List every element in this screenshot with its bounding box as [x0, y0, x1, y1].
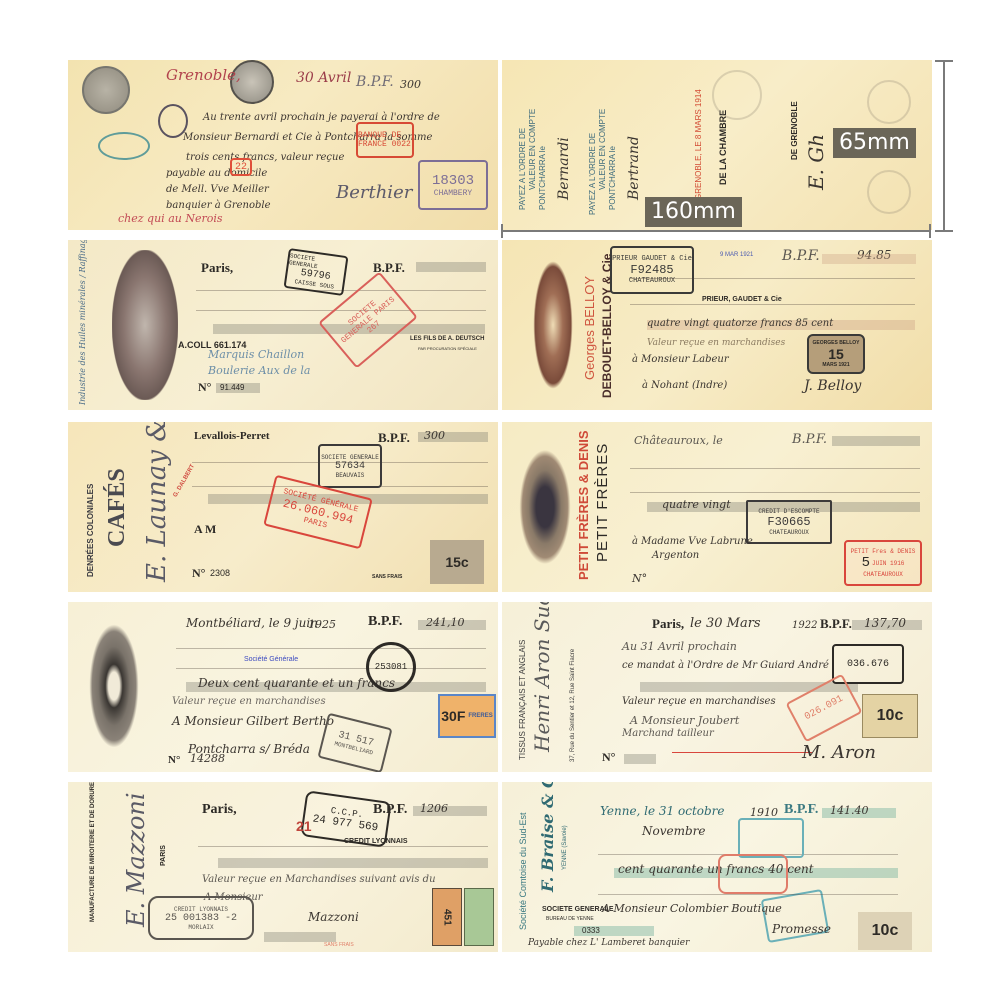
fiscal-stamp: 10c [858, 912, 912, 950]
handwriting-line: à Nohant (Indre) [642, 380, 727, 391]
address-text: YENNE (Savoie) [562, 825, 568, 870]
place-text: Grenoble, [166, 66, 241, 84]
order-text: CREDIT LYONNAIS [344, 838, 408, 845]
place-text: Paris, [652, 616, 684, 632]
stamp-text: FRERES [468, 713, 492, 719]
card-deutsch: Industrie des Huiles minérales / Raffina… [68, 240, 498, 410]
red-endorsement: GRENOBLE, LE 8 MARS 1914 [694, 89, 703, 200]
number-text: 91.449 [220, 383, 244, 392]
drawee-label: A M [194, 522, 216, 537]
handwriting-line: Argenton [652, 550, 699, 561]
height-dimension-line [943, 60, 945, 232]
seal-stamp-icon [82, 66, 130, 114]
bank-stamp: SOCIETE GENERALE 57634 BEAUVAIS [318, 444, 382, 488]
handwriting-line: Boulerie Aux de la [208, 364, 310, 377]
bpf-label: B.P.F. [792, 432, 827, 447]
stamp-number: 036.676 [847, 659, 889, 670]
endorsement-text: VALEUR EN COMPTE [598, 109, 607, 190]
side-text: DENRÉES COLONIALES [86, 484, 95, 577]
fiscal-stamp: 15c [430, 540, 484, 584]
bank-stamp-sub: BUREAU DE YENNE [546, 916, 594, 922]
handwriting-line: Deux cent quarante et un francs [198, 676, 395, 690]
stamp-city: CHAMBERY [434, 189, 472, 198]
stamp-text: CHATEAUROUX [863, 571, 903, 578]
handwriting-line: ce mandat à l'Ordre de Mr Guiard André [622, 660, 829, 671]
date-stamp: 9 MAR 1921 [720, 252, 753, 258]
red-date-stamp: PETIT Fres & DENIS 5JUIN 1916 CHATEAUROU… [844, 540, 922, 586]
stamp-text: JUIN 1916 [872, 560, 904, 567]
amount-text: 300 [400, 78, 421, 91]
fiscal-stamp: 10c [862, 694, 918, 738]
round-postmark: 253081 [366, 642, 416, 692]
sans-frais-label: SANS FRAIS [372, 574, 402, 580]
ornament-icon [112, 250, 178, 400]
handwriting-line: Valeur reçue en marchandises [172, 696, 326, 707]
handwriting-line: à Madame Vve Labrune [632, 536, 753, 547]
chambery-stamp: 18303 CHAMBERY [418, 160, 488, 210]
year-text: 1925 [308, 618, 336, 631]
bpf-label: B.P.F. [784, 802, 818, 818]
stamp-value: 10c [877, 707, 904, 725]
width-dimension-tick [501, 224, 503, 238]
place-text: Yenne, le 31 octobre [600, 804, 725, 818]
number-field [264, 932, 336, 942]
height-dimension-tick [935, 230, 953, 232]
endorsement-text: PONTCHARRA le [608, 146, 617, 210]
rule [630, 492, 920, 493]
stamp-number: 25 001383 -2 [165, 913, 237, 924]
place-text: Montbéliard, le 9 juin [186, 616, 318, 630]
place-text: Paris, [202, 802, 237, 818]
height-dimension-label: 65mm [833, 128, 916, 158]
brand-name-red: Georges BELLOY [582, 276, 597, 380]
handwriting-line: Valeur reçue en Marchandises suivant avi… [202, 874, 436, 885]
brand-title: CAFÉS [104, 468, 131, 547]
fiscal-stamp-green [464, 888, 494, 946]
number-text: 14288 [190, 752, 225, 765]
signature: Bertrand [626, 136, 642, 200]
rule [598, 894, 898, 895]
brand-name-red: PETIT FRÈRES & DENIS [576, 430, 591, 580]
handwriting-line: quatre vingt quatorze francs 85 cent [647, 318, 833, 329]
stamp-text: SOCIETE GENERALE [321, 454, 379, 461]
company-name: LES FILS DE A. DEUTSCH [410, 336, 484, 342]
brand-script: Henri Aron Succr [530, 602, 554, 752]
faded-seal-icon [867, 170, 911, 214]
stamp-red-number: 21 [296, 818, 312, 834]
stamp-number: 18303 [432, 173, 474, 189]
signature: E. Gh [804, 134, 828, 190]
rule [176, 648, 486, 649]
bpf-label: B.P.F. [782, 248, 820, 264]
amount-text: 141.40 [830, 804, 869, 817]
stamp-date-row: 5JUIN 1916 [862, 555, 905, 571]
place-text: Paris, [201, 260, 233, 276]
faded-seal-icon [712, 70, 762, 120]
width-dimension-label: 160mm [645, 197, 742, 227]
card-aron: TISSUS FRANÇAIS ET ANGLAIS Henri Aron Su… [502, 602, 932, 772]
ornament-icon [516, 442, 574, 572]
stamp-number: F92485 [630, 263, 673, 277]
place-text: Châteauroux, le [634, 434, 723, 447]
amount-text: 241,10 [426, 616, 465, 629]
rule [176, 668, 486, 669]
stamp-number: 57634 [335, 461, 365, 472]
signature: Promesse [772, 922, 831, 936]
stamp-text: PETIT Fres & DENIS [851, 548, 916, 555]
handwriting-line: trois cents francs, valeur reçue [186, 152, 344, 163]
handwriting-line: payable au domicile [166, 168, 267, 179]
stamp-text: CHATEAUROUX [769, 529, 809, 536]
stamp-value: 5 [862, 555, 870, 571]
stamp-value: 30F [441, 708, 465, 724]
brand-name-black: PETIT FRÈRES [594, 443, 611, 562]
endorsement-text: PONTCHARRA le [538, 146, 547, 210]
stamp-text: MARS 1921 [822, 362, 849, 368]
bank-stamp: PRIEUR GAUDET & Cie F92485 CHATEAUROUX [610, 246, 694, 294]
handwriting-line: A Monsieur Colombier Boutique [602, 902, 782, 915]
faded-seal-icon [867, 80, 911, 124]
order-text: Société Générale [244, 656, 298, 663]
number-stamp-red: 22 [230, 158, 252, 176]
handwriting-line: à Monsieur Labeur [632, 354, 729, 365]
brand-script: E. Mazzoni [122, 792, 150, 927]
stamp-number: 253081 [375, 662, 407, 672]
width-dimension-tick [929, 224, 931, 238]
number-label: N° [192, 566, 205, 581]
stamp-text: 22 [235, 162, 247, 173]
stamp-value: 10c [872, 922, 899, 940]
date-text: 30 Avril [296, 70, 351, 86]
bpf-label: B.P.F. [368, 614, 402, 630]
rule [198, 846, 488, 847]
signature: Bernardi [556, 137, 572, 200]
signature: Mazzoni [308, 910, 359, 924]
number-label: N° [168, 754, 180, 766]
order-text: PRIEUR, GAUDET & Cie [702, 296, 782, 303]
amount-field [822, 254, 916, 264]
stamp-number: F30665 [767, 515, 810, 529]
stamp-text: CREDIT D'ESCOMPTE [758, 508, 819, 515]
rule [630, 468, 920, 469]
footer-note: chez qui au Nerois [118, 212, 223, 225]
address-text: PARIS [160, 845, 167, 866]
height-dimension-tick [935, 60, 953, 62]
number-text: 2308 [210, 568, 230, 578]
address-text: 37, Rue du Sentier et 12, Rue Saint Fiac… [570, 649, 576, 762]
number-text: 0333 [582, 926, 600, 935]
handwriting-line: Valeur reçue en marchandises [622, 696, 776, 707]
amount-text: 137,70 [864, 616, 906, 630]
side-text: Industrie des Huiles minérales / Raffina… [78, 240, 87, 405]
endorsement-text: VALEUR EN COMPTE [528, 109, 537, 190]
number-label: N° [632, 572, 647, 585]
bpf-label: B.P.F. [820, 616, 852, 632]
number-label: N° [198, 380, 211, 395]
side-text: Société Comtoise du Sud-Est [518, 812, 528, 930]
card-montbeliard: Montbéliard, le 9 juin 1925 B.P.F. 241,1… [68, 602, 498, 772]
handwriting-line: Payable chez L' Lamberet banquier [528, 938, 689, 948]
handwriting-line: A Monsieur Gilbert Bertho [172, 714, 334, 728]
handwriting-line: Marquis Chaillon [208, 348, 304, 361]
stamp-text: CREDIT LYONNAIS [174, 906, 228, 913]
handwriting-line: A Monsieur Joubert [630, 714, 739, 727]
amount-words-field [218, 858, 488, 868]
width-dimension-line [502, 230, 930, 232]
ornament-icon [86, 616, 142, 756]
card-braise: Société Comtoise du Sud-Est F. Braise & … [502, 782, 932, 952]
amount-field [832, 436, 920, 446]
stamp-text: MORLAIX [188, 924, 213, 931]
oval-stamp-icon [98, 132, 150, 160]
stamp-text: BEAUVAIS [336, 472, 365, 479]
fiscal-stamp-brown: 451 [432, 888, 462, 946]
handwriting-line: Marchand tailleur [622, 728, 714, 739]
number-label: N° [602, 750, 615, 765]
endorsement-text: PAYEZ A L'ORDRE DE [588, 133, 597, 215]
amount-text: 1206 [420, 802, 448, 815]
brand-script: F. Braise & Cie [538, 782, 557, 892]
card-mazzoni: MANUFACTURE DE MIROITERIE ET DE DORURE E… [68, 782, 498, 952]
teal-bank-stamp [738, 818, 804, 858]
signature: Berthier [336, 182, 412, 203]
company-sub: PAR PROCURATION SPÉCIALE [418, 346, 477, 351]
brand-script: E. Launay & Cie [142, 422, 172, 582]
place-text: Levallois-Perret [194, 430, 270, 442]
sans-frais-label: SANS FRAIS [324, 942, 354, 948]
card-grenoble: Grenoble, 30 Avril B.P.F. 300 Au trente … [68, 60, 498, 230]
bpf-label: B.P.F. [378, 430, 410, 446]
stamp-text: DE GRENOBLE [790, 101, 799, 160]
signature: M. Aron [802, 742, 876, 763]
rule [630, 278, 915, 279]
year-text: 1922 [792, 620, 817, 631]
handwriting-line: Valeur reçue en marchandises [647, 338, 785, 348]
date-text: le 30 Mars [690, 616, 761, 631]
stamp-value: 15c [445, 554, 468, 570]
month-text: Novembre [642, 824, 706, 838]
signature: J. Belloy [804, 378, 861, 394]
number-field [624, 754, 656, 764]
bank-stamp: CREDIT D'ESCOMPTE F30665 CHATEAUROUX [746, 500, 832, 544]
handwriting-line: de Mell. Vve Meiller [166, 184, 269, 195]
handwriting-line: Au 31 Avril prochain [622, 640, 737, 653]
stamp-value: 451 [442, 909, 453, 926]
stamp-text: BANQUE DE FRANCE 0022 [358, 131, 412, 149]
amount-field [416, 262, 486, 272]
card-cafes: DENRÉES COLONIALES CAFÉS E. Launay & Cie… [68, 422, 498, 592]
card-belloy: Georges BELLOY DEBOUET-BELLOY & Cie PRIE… [502, 240, 932, 410]
bank-stamp-red: BANQUE DE FRANCE 0022 [356, 122, 414, 158]
red-bank-stamp [718, 854, 788, 894]
stamp-text: DE LA CHAMBRE [718, 110, 728, 185]
ornament-icon [530, 250, 576, 400]
fiscal-stamp: GEORGES BELLOY 15 MARS 1921 [807, 334, 865, 374]
handwriting-line: banquier à Grenoble [166, 200, 271, 211]
endorsement-text: PAYEZ A L'ORDRE DE [518, 128, 527, 210]
side-text: TISSUS FRANÇAIS ET ANGLAIS [518, 640, 527, 760]
card-petit-freres: PETIT FRÈRES & DENIS PETIT FRÈRES Châtea… [502, 422, 932, 592]
bank-stamp: SOCIETE GENERALE 59796 CAISSE SOUS [284, 248, 349, 296]
handwriting-line: quatre vingt [662, 498, 731, 511]
credit-lyonnais-stamp: CREDIT LYONNAIS 25 001383 -2 MORLAIX [148, 896, 254, 940]
red-underline [672, 752, 812, 753]
bpf-label: B.P.F. [356, 74, 394, 90]
stamp-value: 15 [828, 346, 844, 362]
stamp-number: 026.091 [803, 693, 845, 722]
side-text: MANUFACTURE DE MIROITERIE ET DE DORURE [90, 782, 96, 922]
rule [630, 304, 915, 305]
stamp-text: PRIEUR GAUDET & Cie [612, 255, 692, 263]
amount-text: 300 [424, 429, 445, 442]
fiscal-stamp: 30F FRERES [438, 694, 496, 738]
